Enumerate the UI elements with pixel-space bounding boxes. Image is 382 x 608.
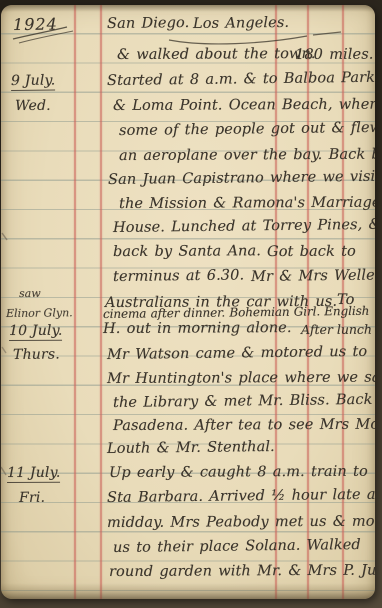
- entry-text: Got back to: [267, 244, 356, 261]
- entry-text: terminus at 6.30.: [113, 267, 244, 285]
- entry-text: Mr & Mrs Weller,: [251, 267, 375, 285]
- entry-day: Wed.: [15, 98, 51, 114]
- entry-day: Fri.: [19, 490, 45, 506]
- entry-text: us to their place Solana. Walked: [113, 537, 361, 557]
- entry-text: & walked about the town.: [117, 46, 316, 64]
- mileage-note: 180 miles.: [295, 47, 374, 64]
- entry-text: an aeroplane over the bay. Back by: [119, 147, 375, 165]
- diary-page: 1924San Diego.Los Angeles.& walked about…: [1, 5, 375, 599]
- entry-text: House. Lunched at Torrey Pines, &: [113, 217, 375, 237]
- entry-text: Pasadena. After tea to see Mrs Mc: [113, 417, 375, 435]
- entry-date: 10 July.: [9, 323, 63, 341]
- entry-text: & Loma Point. Ocean Beach, where: [113, 97, 375, 115]
- entry-text: Started at 8 a.m. & to Balboa Park,: [107, 70, 375, 90]
- entry-text: H. out in morning alone.: [103, 320, 292, 338]
- entry-text: Louth & Mr. Stenthal.: [107, 439, 275, 458]
- entry-text: some of the people got out & flew in: [119, 120, 375, 140]
- entry-text-interlinear: cinema after dinner. Bohemian Girl. Engl…: [103, 305, 369, 322]
- entry-text: San Juan Capistrano where we visited: [108, 168, 375, 188]
- entry-day: Thurs.: [13, 346, 60, 363]
- entry-text: Mr Huntington's place where we saw: [107, 370, 375, 388]
- margin-note: saw: [19, 288, 41, 301]
- entry-text: After lunch: [301, 323, 372, 338]
- entry-text: Up early & caught 8 a.m. train to: [109, 464, 368, 482]
- photo-backdrop: { "colors": { "paper": "#e9dcba", "ink":…: [0, 0, 382, 608]
- entry-date: 9 July.: [11, 72, 56, 91]
- header-city-1: San Diego.: [107, 15, 189, 33]
- entry-text: back by Santa Ana.: [113, 243, 261, 260]
- journal-lines: 1924San Diego.Los Angeles.& walked about…: [1, 5, 375, 599]
- page-top-shadow: [1, 5, 375, 12]
- entry-text: the Library & met Mr. Bliss. Back by: [113, 392, 375, 412]
- entry-date: 11 July.: [7, 465, 61, 483]
- page-bottom-shadow: [1, 583, 375, 599]
- entry-text: round garden with Mr. & Mrs P. Judge: [109, 562, 375, 580]
- entry-text: the Mission & Ramona's Marriage: [119, 195, 375, 213]
- entry-text: Sta Barbara. Arrived ½ hour late at: [107, 487, 375, 507]
- margin-note: Elinor Glyn.: [6, 307, 73, 320]
- header-city-2: Los Angeles.: [193, 15, 289, 33]
- year-label: 1924: [13, 15, 58, 34]
- entry-text: Mr Watson came & motored us to: [107, 344, 367, 364]
- entry-text: midday. Mrs Peabody met us & motored: [107, 513, 375, 531]
